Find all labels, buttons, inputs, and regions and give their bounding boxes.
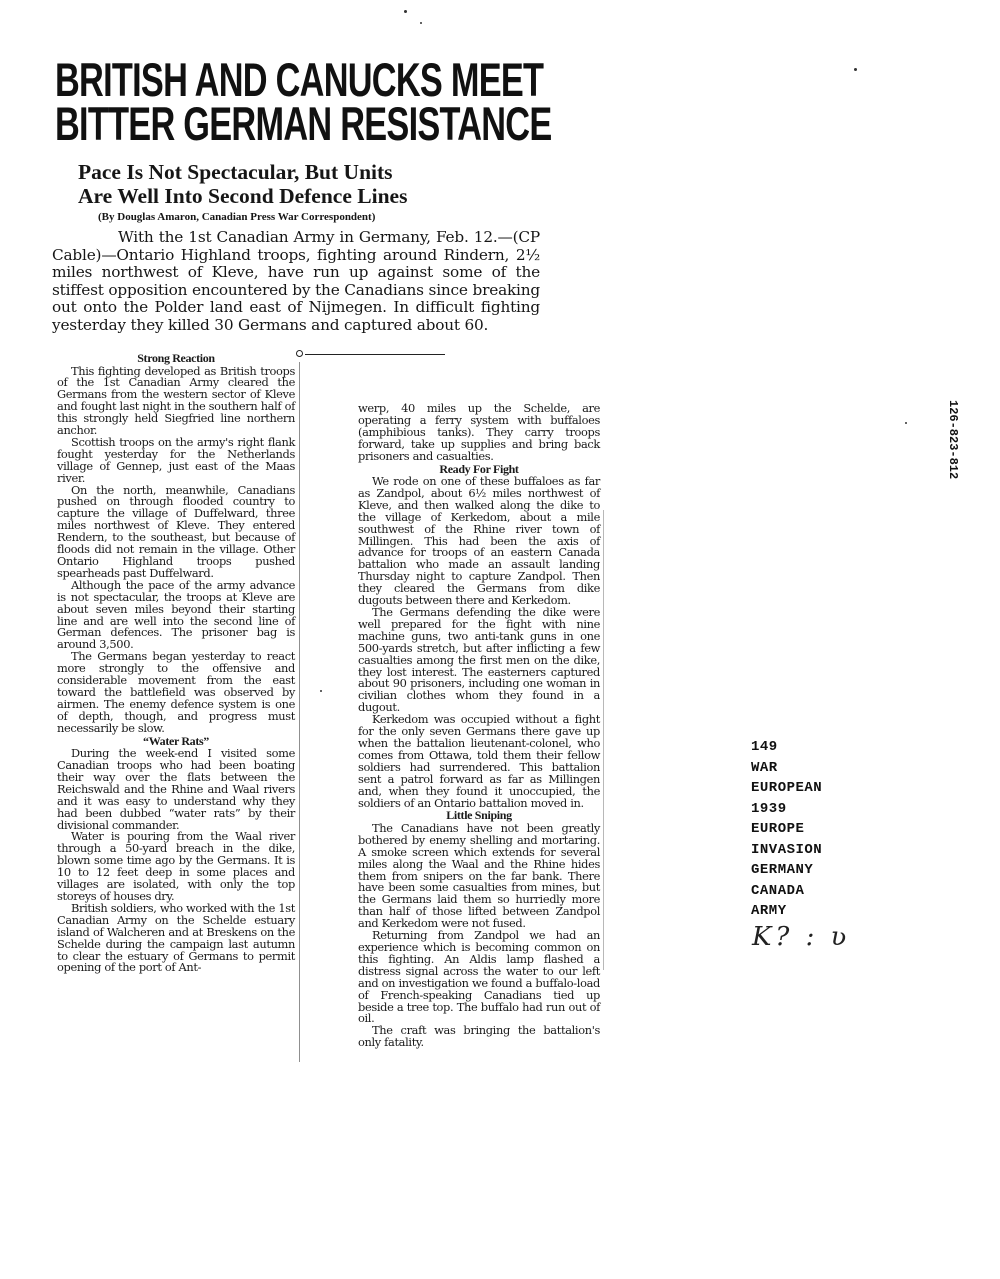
print-speck xyxy=(420,22,422,24)
subject-tag: GERMANY xyxy=(751,860,822,881)
headline-line-1: BRITISH AND CANUCKS MEET xyxy=(55,58,508,102)
paragraph: During the week-end I visited some Canad… xyxy=(57,748,295,831)
subject-tag: EUROPEAN xyxy=(751,778,822,799)
column-rule-ornament xyxy=(296,350,303,357)
column-rule-vertical-right xyxy=(603,510,604,970)
paragraph: On the north, meanwhile, Canadians pushe… xyxy=(57,485,295,580)
paragraph: We rode on one of these buffaloes as far… xyxy=(358,476,600,607)
article-column-2: werp, 40 miles up the Schelde, are opera… xyxy=(358,403,600,1049)
paragraph: Water is pouring from the Waal river thr… xyxy=(57,831,295,902)
handwritten-initials: K? : ʋ xyxy=(752,922,850,952)
paragraph: The Germans defending the dike were well… xyxy=(358,607,600,714)
paragraph: This fighting developed as British troop… xyxy=(57,366,295,437)
subject-tags: 149WAREUROPEAN1939EUROPEINVASIONGERMANYC… xyxy=(751,737,822,922)
subject-tag: ARMY xyxy=(751,901,822,922)
lede-text: With the 1st Canadian Army in Germany, F… xyxy=(52,229,540,334)
subheadline-line-2: Are Well Into Second Defence Lines xyxy=(78,184,498,208)
newspaper-clipping: BRITISH AND CANUCKS MEET BITTER GERMAN R… xyxy=(0,0,1000,1279)
paragraph: Returning from Zandpol we had an experie… xyxy=(358,930,600,1025)
subject-tag: INVASION xyxy=(751,840,822,861)
byline: (By Douglas Amaron, Canadian Press War C… xyxy=(98,210,518,224)
lede-paragraph: With the 1st Canadian Army in Germany, F… xyxy=(52,229,540,334)
subheadline-line-1: Pace Is Not Spectacular, But Units xyxy=(78,160,498,184)
subject-tag: EUROPE xyxy=(751,819,822,840)
article-column-1: Strong ReactionThis fighting developed a… xyxy=(57,352,295,974)
subheadline: Pace Is Not Spectacular, But Units Are W… xyxy=(78,160,498,208)
paragraph: The craft was bringing the battalion's o… xyxy=(358,1025,600,1049)
paragraph: Scottish troops on the army's right flan… xyxy=(57,437,295,485)
print-speck xyxy=(905,422,907,424)
continued-paragraph: werp, 40 miles up the Schelde, are opera… xyxy=(358,403,600,463)
subject-tag: 1939 xyxy=(751,799,822,820)
subject-tag: CANADA xyxy=(751,881,822,902)
catalog-number: 126-823-812 xyxy=(946,400,960,479)
paragraph: The Canadians have not been greatly both… xyxy=(358,823,600,930)
headline: BRITISH AND CANUCKS MEET BITTER GERMAN R… xyxy=(55,58,376,146)
paragraph: Although the pace of the army advance is… xyxy=(57,580,295,651)
column-rule-vertical xyxy=(299,362,300,1062)
print-speck xyxy=(854,68,857,71)
headline-line-2: BITTER GERMAN RESISTANCE xyxy=(55,102,508,146)
column-rule-horizontal xyxy=(305,354,445,355)
paragraph: Kerkedom was occupied without a fight fo… xyxy=(358,714,600,809)
paragraph: The Germans began yesterday to react mor… xyxy=(57,651,295,734)
print-speck xyxy=(404,10,407,13)
print-speck xyxy=(320,690,322,692)
subject-tag: 149 xyxy=(751,737,822,758)
subject-tag: WAR xyxy=(751,758,822,779)
paragraph: British soldiers, who worked with the 1s… xyxy=(57,903,295,974)
